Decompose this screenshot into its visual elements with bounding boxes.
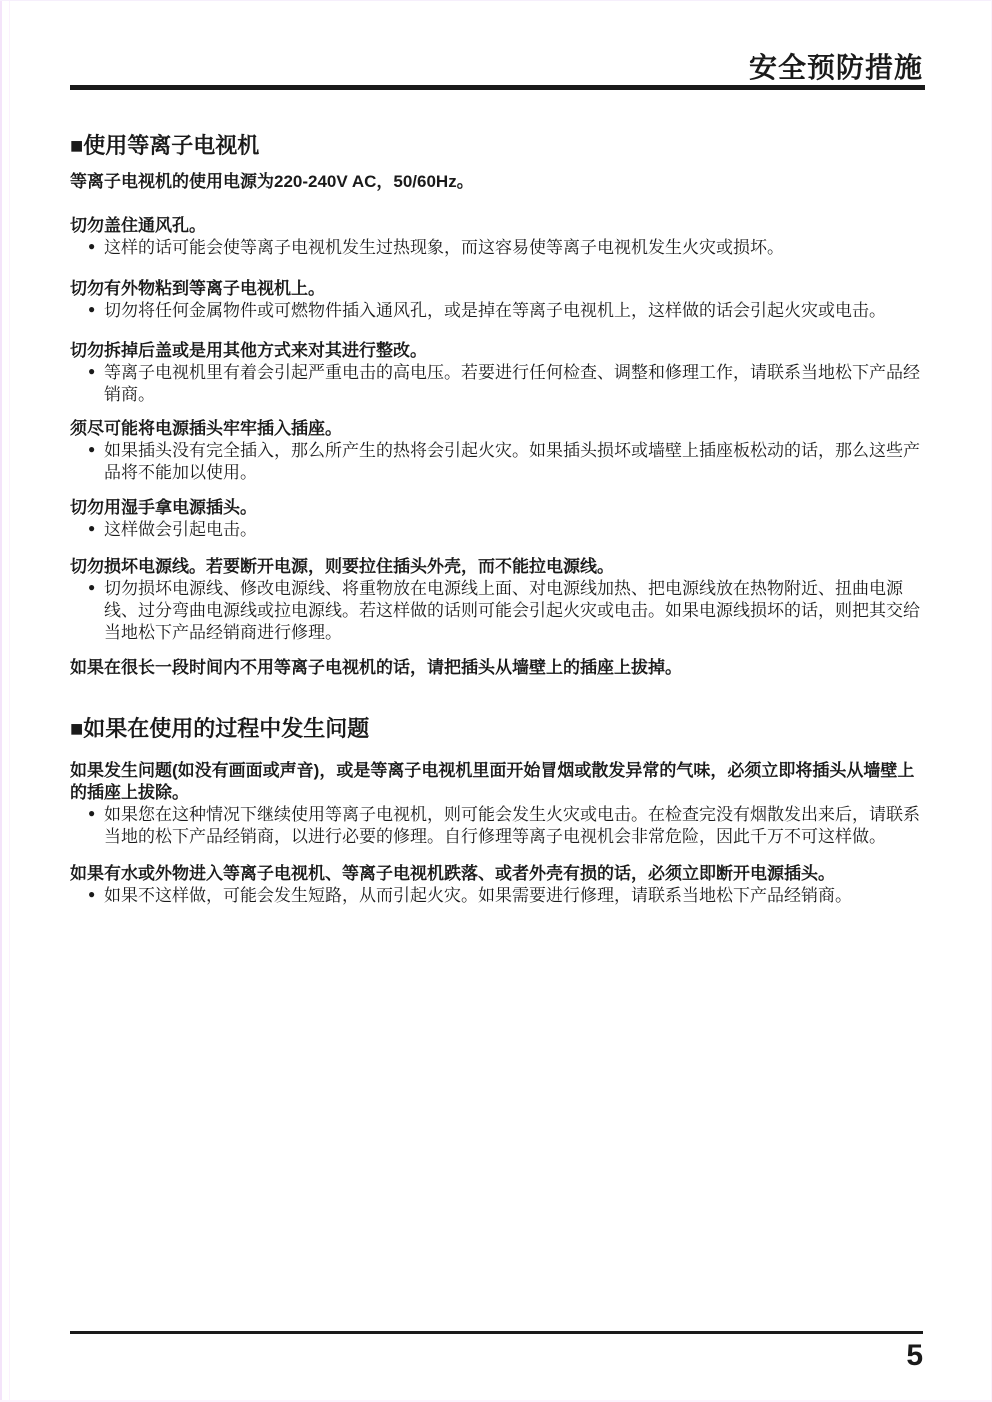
section-heading-problems-during-use: ■如果在使用的过程中发生问题 <box>70 717 923 741</box>
bullet-icon: ● <box>88 522 95 534</box>
warning-bullet: ● 切勿损坏电源线、修改电源线、将重物放在电源线上面、对电源线加热、把电源线放在… <box>104 578 923 644</box>
bullet-text: 这样的话可能会使等离子电视机发生过热现象，而这容易使等离子电视机发生火灾或损坏。 <box>104 238 784 257</box>
bullet-text: 这样做会引起电击。 <box>104 520 257 539</box>
warning-lead: 如果发生问题(如没有画面或声音)，或是等离子电视机里面开始冒烟或散发异常的气味，… <box>70 760 923 804</box>
bullet-icon: ● <box>88 303 95 315</box>
warning-lead: 如果有水或外物进入等离子电视机、等离子电视机跌落、或者外壳有损的话，必须立即断开… <box>70 863 923 885</box>
bullet-icon: ● <box>88 807 95 819</box>
content-area: ■使用等离子电视机 等离子电视机的使用电源为220-240V AC，50/60H… <box>70 92 923 907</box>
warning-item: 切勿拆掉后盖或是用其他方式来对其进行整改。 ● 等离子电视机里有着会引起严重电击… <box>70 340 923 406</box>
warning-lead: 切勿拆掉后盖或是用其他方式来对其进行整改。 <box>70 340 923 362</box>
warning-bullet: ● 等离子电视机里有着会引起严重电击的高电压。若要进行任何检查、调整和修理工作，… <box>104 362 923 406</box>
document-page: 安全预防措施 ■使用等离子电视机 等离子电视机的使用电源为220-240V AC… <box>0 0 992 1402</box>
warning-bullet: ● 这样的话可能会使等离子电视机发生过热现象，而这容易使等离子电视机发生火灾或损… <box>104 237 923 259</box>
warning-lead: 切勿损坏电源线。若要断开电源，则要拉住插头外壳，而不能拉电源线。 <box>70 556 923 578</box>
warning-item: 须尽可能将电源插头牢牢插入插座。 ● 如果插头没有完全插入，那么所产生的热将会引… <box>70 418 923 484</box>
long-unused-paragraph: 如果在很长一段时间内不用等离子电视机的话，请把插头从墙壁上的插座上拔掉。 <box>70 657 923 679</box>
warning-lead: 须尽可能将电源插头牢牢插入插座。 <box>70 418 923 440</box>
warning-item: 如果有水或外物进入等离子电视机、等离子电视机跌落、或者外壳有损的话，必须立即断开… <box>70 863 923 907</box>
warning-bullet: ● 如果不这样做，可能会发生短路，从而引起火灾。如果需要进行修理，请联系当地松下… <box>104 885 923 907</box>
bullet-text: 切勿将任何金属物件或可燃物件插入通风孔，或是掉在等离子电视机上，这样做的话会引起… <box>104 301 886 320</box>
warning-item: 切勿有外物粘到等离子电视机上。 ● 切勿将任何金属物件或可燃物件插入通风孔，或是… <box>70 278 923 322</box>
warning-bullet: ● 切勿将任何金属物件或可燃物件插入通风孔，或是掉在等离子电视机上，这样做的话会… <box>104 300 923 322</box>
bullet-text: 切勿损坏电源线、修改电源线、将重物放在电源线上面、对电源线加热、把电源线放在热物… <box>104 579 920 642</box>
warning-lead: 切勿有外物粘到等离子电视机上。 <box>70 278 923 300</box>
bullet-text: 如果插头没有完全插入，那么所产生的热将会引起火灾。如果插头损坏或墙壁上插座板松动… <box>104 441 920 482</box>
bullet-text: 等离子电视机里有着会引起严重电击的高电压。若要进行任何检查、调整和修理工作，请联… <box>104 363 920 404</box>
warning-lead: 切勿盖住通风孔。 <box>70 215 923 237</box>
bullet-text: 如果您在这种情况下继续使用等离子电视机，则可能会发生火灾或电击。在检查完没有烟散… <box>104 805 920 846</box>
scan-edge-left <box>0 0 2 1402</box>
bullet-icon: ● <box>88 581 95 593</box>
bullet-icon: ● <box>88 240 95 252</box>
scan-edge-left-faint <box>9 0 10 1402</box>
bullet-icon: ● <box>88 365 95 377</box>
warning-item: 切勿损坏电源线。若要断开电源，则要拉住插头外壳，而不能拉电源线。 ● 切勿损坏电… <box>70 556 923 644</box>
warning-bullet: ● 如果插头没有完全插入，那么所产生的热将会引起火灾。如果插头损坏或墙壁上插座板… <box>104 440 923 484</box>
warning-item: 切勿盖住通风孔。 ● 这样的话可能会使等离子电视机发生过热现象，而这容易使等离子… <box>70 215 923 259</box>
warning-item: 切勿用湿手拿电源插头。 ● 这样做会引起电击。 <box>70 497 923 541</box>
warning-lead: 切勿用湿手拿电源插头。 <box>70 497 923 519</box>
bullet-icon: ● <box>88 888 95 900</box>
warning-bullet: ● 如果您在这种情况下继续使用等离子电视机，则可能会发生火灾或电击。在检查完没有… <box>104 804 923 848</box>
footer-rule <box>70 1331 923 1334</box>
bullet-text: 如果不这样做，可能会发生短路，从而引起火灾。如果需要进行修理，请联系当地松下产品… <box>104 886 852 905</box>
section-heading-using-plasma-tv: ■使用等离子电视机 <box>70 134 923 158</box>
scan-edge-top <box>0 0 992 1</box>
warning-bullet: ● 这样做会引起电击。 <box>104 519 923 541</box>
page-number: 5 <box>70 1339 923 1373</box>
page-title: 安全预防措施 <box>70 53 923 83</box>
power-spec-paragraph: 等离子电视机的使用电源为220-240V AC，50/60Hz。 <box>70 171 923 193</box>
header-rule <box>70 85 925 90</box>
bullet-icon: ● <box>88 443 95 455</box>
warning-item: 如果发生问题(如没有画面或声音)，或是等离子电视机里面开始冒烟或散发异常的气味，… <box>70 760 923 848</box>
